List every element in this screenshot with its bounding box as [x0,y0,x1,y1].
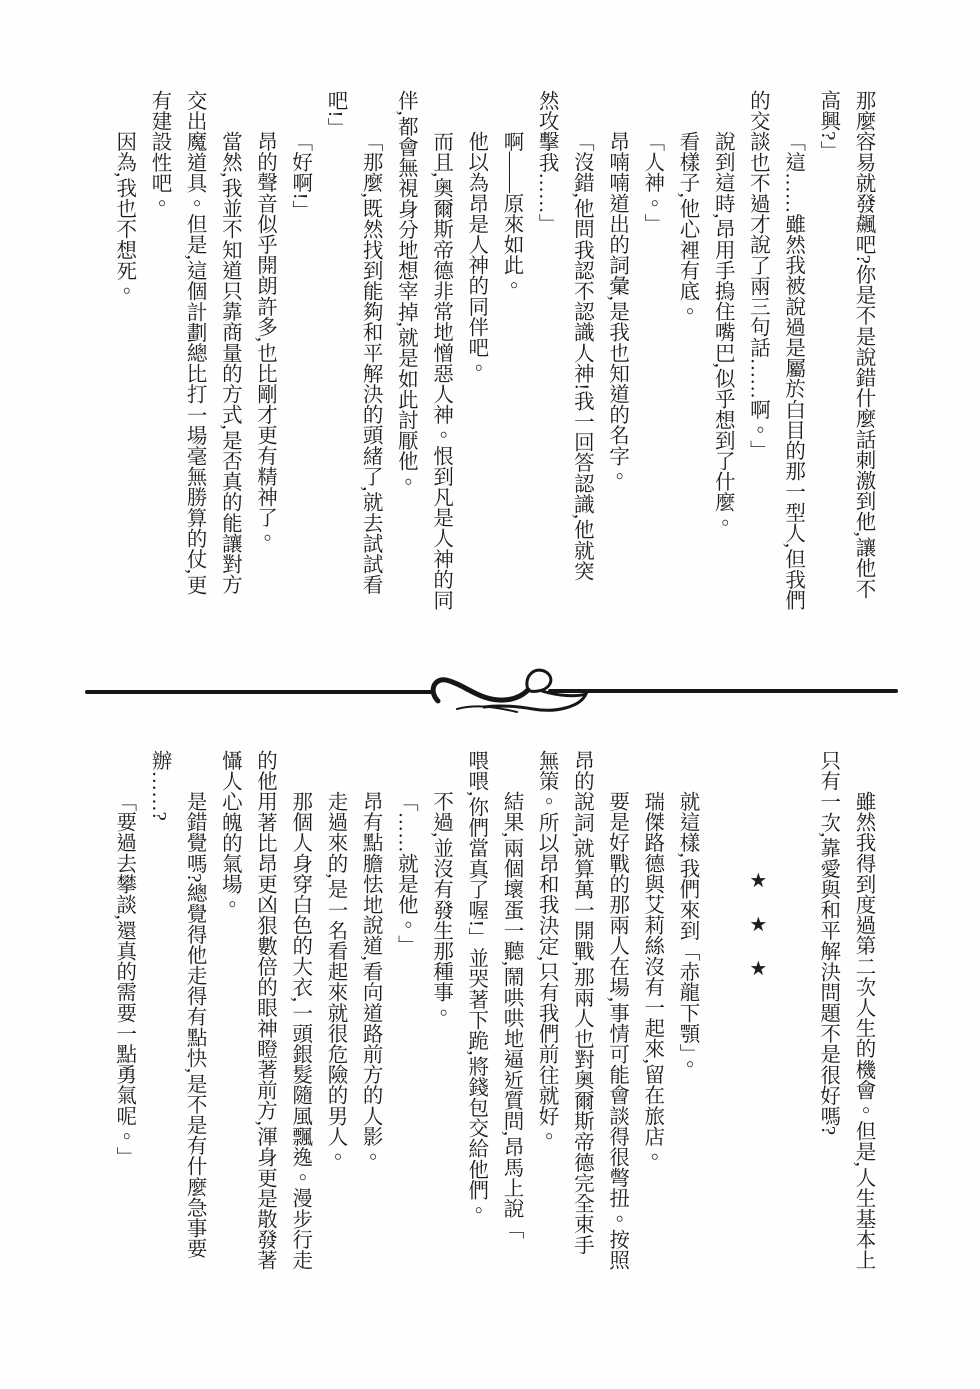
text-line: 那麼容易就發飆吧?你是不是說錯什麼話刺激到他,讓他不 [845,90,880,630]
text-line: 不過,並沒有發生那種事。 [422,750,457,1290]
stars-separator: ★★★ [739,750,774,1290]
text-line: 「好啊!」 [282,90,317,630]
text-line: 走過來的,是一名看起來就很危險的男人。 [317,750,352,1290]
text-line: 昂有點膽怯地說道,看向道路前方的人影。 [352,750,387,1290]
top-text-block: 那麼容易就發飆吧?你是不是說錯什麼話刺激到他,讓他不高興?」「這……雖然我被說過… [106,90,880,630]
novel-page: 那麼容易就發飆吧?你是不是說錯什麼話刺激到他,讓他不高興?」「這……雖然我被說過… [0,0,980,1389]
text-line: 說到這時,昂用手摀住嘴巴,似乎想到了什麼。 [704,90,739,630]
text-line: 然攻擊我……」 [528,90,563,630]
text-line: 而且,奧爾斯帝德非常地憎惡人神。恨到凡是人神的同 [422,90,457,630]
text-line: 「沒錯,他問我認不認識人神!我一回答認識,他就突 [563,90,598,630]
bottom-text-block: 雖然我得到度過第二次人生的機會。但是,人生基本上只有一次,靠愛與和平解決問題不是… [106,750,880,1290]
text-line: 看樣子,他心裡有底。 [669,90,704,630]
text-line: 伴,都會無視身分地想宰掉,就是如此討厭他。 [387,90,422,630]
text-line: 「這……雖然我被說過是屬於白目的那一型人,但我們 [774,90,809,630]
text-line: 結果,兩個壞蛋一聽,鬧哄哄地逼近質問,昂馬上說「 [493,750,528,1290]
blank-column: ​ [774,750,809,1290]
text-line: 昂喃喃道出的詞彙,是我也知道的名字。 [598,90,633,630]
text-line: 高興?」 [810,90,845,630]
text-line: 要是好戰的那兩人在場,事情可能會談得很彆扭。按照 [598,750,633,1290]
text-line: 瑞傑路德與艾莉絲沒有一起來,留在旅店。 [634,750,669,1290]
text-line: 雖然我得到度過第二次人生的機會。但是,人生基本上 [845,750,880,1290]
text-line: 有建設性吧。 [141,90,176,630]
text-line: 的交談也不過才說了兩三句話……啊。」 [739,90,774,630]
text-line: 昂的說詞,就算萬一開戰,那兩人也對奧爾斯帝德完全束手 [563,750,598,1290]
blank-column: ​ [704,750,739,1290]
text-line: 昂的聲音似乎開朗許多,也比剛才更有精神了。 [246,90,281,630]
text-line: 吧!」 [317,90,352,630]
text-line: 只有一次,靠愛與和平解決問題不是很好嗎? [810,750,845,1290]
text-line: 因為,我也不想死。 [106,90,141,630]
text-line: 那個人身穿白色的大衣,一頭銀髮隨風飄逸。漫步行走 [282,750,317,1290]
text-line: 「那麼,既然找到能夠和平解決的頭緒了,就去試試看 [352,90,387,630]
text-line: 的他用著比昂更凶狠數倍的眼神瞪著前方,渾身更是散發著 [246,750,281,1290]
text-line: 是錯覺嗎?總覺得他走得有點快,是不是有什麼急事要 [176,750,211,1290]
text-line: 辦……? [141,750,176,1290]
text-line: 「……就是他。」 [387,750,422,1290]
text-line: 交出魔道具。但是,這個計劃總比打一場毫無勝算的仗,更 [176,90,211,630]
text-line: 懾人心魄的氣場。 [211,750,246,1290]
text-line: 當然,我並不知道只靠商量的方式,是否真的能讓對方 [211,90,246,630]
text-line: 就這樣,我們來到「赤龍下顎」。 [669,750,704,1290]
text-line: 他以為昂是人神的同伴吧。 [458,90,493,630]
text-line: 喂喂,你們當真了喔!」並哭著下跪,將錢包交給他們。 [458,750,493,1290]
text-line: 啊——原來如此。 [493,90,528,630]
divider-line-left [85,690,433,694]
text-line: 「人神。」 [634,90,669,630]
text-line: 無策。所以昂和我決定,只有我們前往就好。 [528,750,563,1290]
divider-line-right [548,689,898,693]
text-line: 「要過去攀談,還真的需要一點勇氣呢。」 [106,750,141,1290]
calligraphy-flourish-icon [424,661,596,725]
